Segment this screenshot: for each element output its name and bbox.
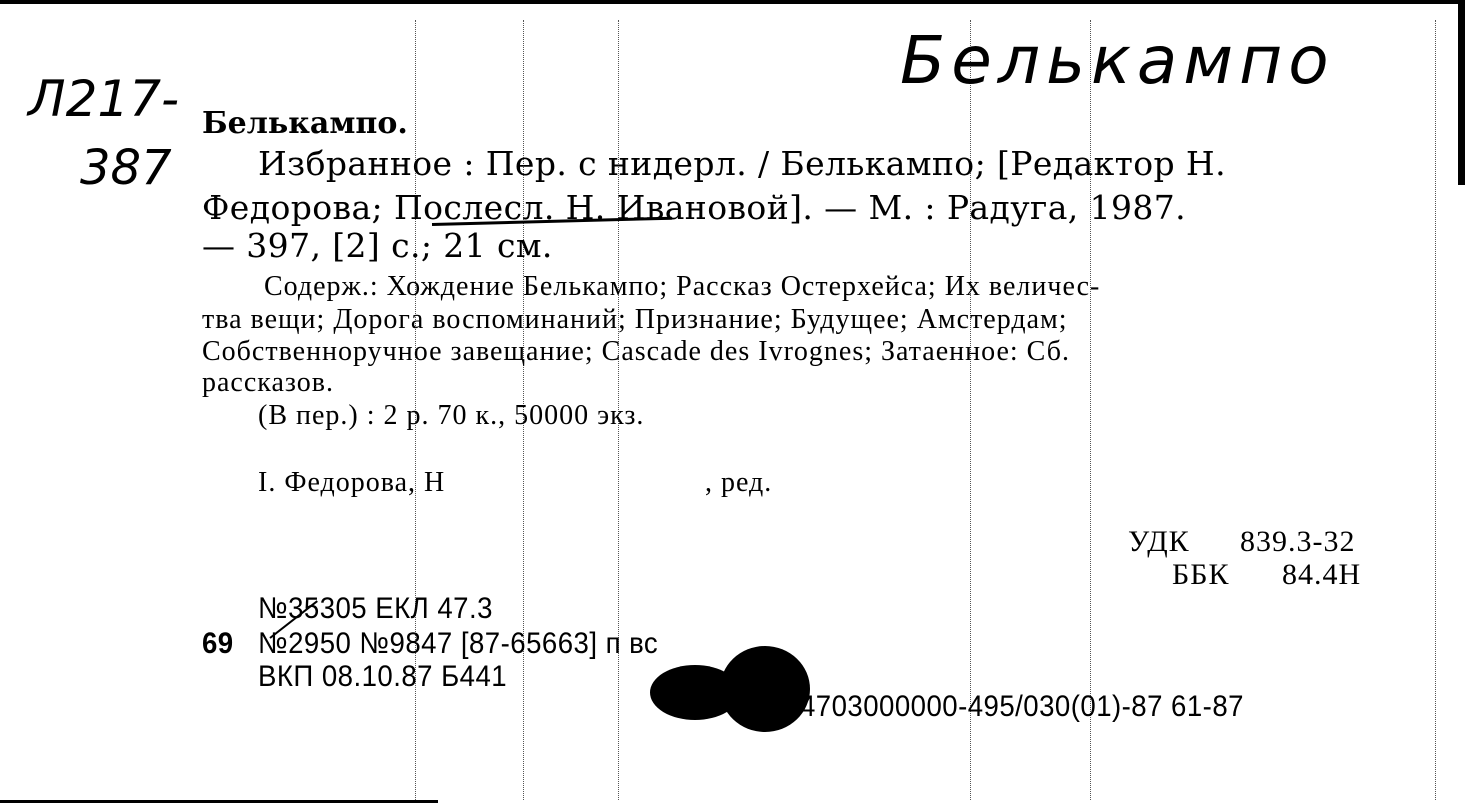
bbk-value: 84.4Н bbox=[1282, 557, 1361, 593]
price-line: (В пер.) : 2 р. 70 к., 50000 экз. bbox=[258, 399, 644, 433]
added-entry-prefix: I. Федорова, Н bbox=[258, 466, 445, 500]
title-line-1: Избранное : Пер. с нидерл. / Белькампо; … bbox=[258, 142, 1226, 186]
footer-line-2: №2950 №9847 [87-65663] п вс bbox=[258, 627, 658, 661]
added-entry-suffix: , ред. bbox=[705, 466, 772, 500]
contents-line-4: рассказов. bbox=[202, 367, 334, 399]
contents-line-2: тва вещи; Дорога воспоминаний; Признание… bbox=[202, 304, 1068, 336]
contents-line-3: Собственноручное завещание; Cascade des … bbox=[202, 336, 1070, 368]
handwritten-shelfmark-line1: Л217- bbox=[28, 74, 179, 124]
scan-artifact-line bbox=[1090, 20, 1091, 800]
title-line-3: — 397, [2] с.; 21 см. bbox=[202, 226, 553, 266]
udk-value: 839.3-32 bbox=[1240, 524, 1356, 560]
udk-label: УДК bbox=[1128, 524, 1190, 560]
author-heading: Белькампо. bbox=[202, 106, 408, 142]
scan-artifact-line bbox=[1435, 20, 1436, 800]
handwritten-shelfmark-line2: 387 bbox=[80, 144, 172, 192]
footer-line-3: ВКП 08.10.87 Б441 bbox=[258, 660, 507, 694]
title-line-2: Федорова; Послесл. Н. Ивановой]. — М. : … bbox=[202, 186, 1186, 230]
bbk-label: ББК bbox=[1172, 557, 1229, 593]
card-right-edge bbox=[1458, 0, 1465, 185]
ink-blot bbox=[720, 646, 810, 732]
scan-artifact-line bbox=[970, 20, 971, 800]
footer-line-2-prefix: 69 bbox=[202, 627, 234, 661]
handwritten-author: Белькампо bbox=[900, 26, 1335, 96]
catalog-card: Л217- 387 Белькампо Белькампо. Избранное… bbox=[0, 0, 1465, 803]
card-top-border-right bbox=[1072, 0, 1465, 3]
contents-line-1: Содерж.: Хождение Белькампо; Рассказ Ост… bbox=[264, 271, 1100, 303]
publisher-code: 4703000000-495/030(01)-87 61-87 bbox=[800, 690, 1244, 724]
